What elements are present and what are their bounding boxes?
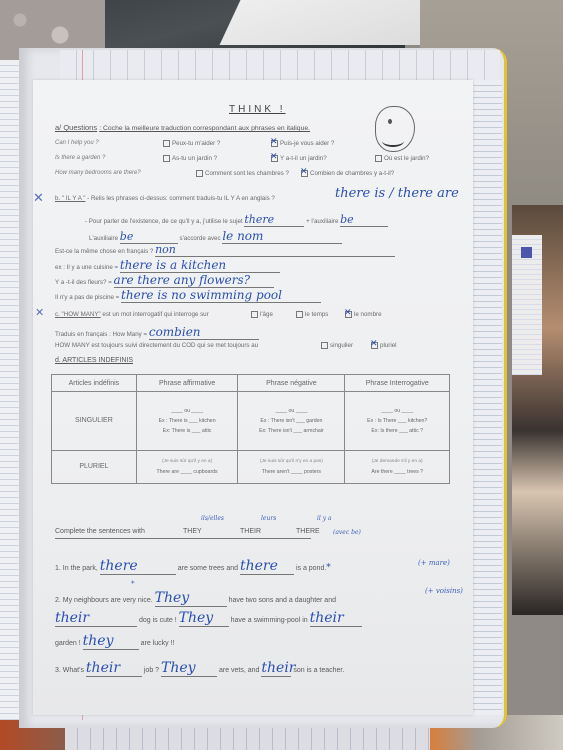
cell-line: ____ ou ____: [239, 406, 343, 416]
section-d-label: d. ARTICLES INDEFINIS: [55, 357, 133, 364]
section-b-label: b. " IL Y A ": [55, 195, 85, 202]
answer-field[interactable]: there is a kitchen: [120, 258, 280, 273]
sentence-text: son is a teacher.: [293, 667, 344, 674]
checkbox[interactable]: [296, 311, 303, 318]
option-label: l'âge: [260, 311, 273, 318]
option-3b[interactable]: Combien de chambres y a-t-il?: [301, 170, 394, 177]
example-prompt: Il n'y a pas de piscine =: [55, 294, 119, 301]
table-header-row: Articles indéfinis Phrase affirmative Ph…: [52, 375, 450, 392]
cell-line: There aren't ____ posters: [239, 467, 343, 477]
question-2: Is there a garden ?: [55, 155, 105, 161]
notebook-grid-right: [472, 80, 502, 715]
handwritten-answer: their: [86, 660, 120, 676]
option-singulier[interactable]: singulier: [321, 342, 353, 349]
line-text: s'accorde avec: [180, 235, 221, 242]
handwritten-answer: their: [261, 660, 295, 676]
handwritten-answer: there is a kitchen: [120, 258, 226, 272]
cell-line: (Je suis sûr qu'il n'y en a pas): [239, 457, 343, 467]
option-label: Combien de chambres y a-t-il?: [310, 170, 394, 177]
option-label: le nombre: [354, 311, 382, 318]
checkbox[interactable]: [196, 170, 203, 177]
option-label: le temps: [305, 311, 328, 318]
handwritten-answer: their: [310, 610, 344, 626]
checkbox-checked[interactable]: [345, 311, 352, 318]
section-b-heading: b. " IL Y A " - Relis les phrases ci-des…: [55, 195, 275, 202]
word-their: THEIR: [240, 528, 261, 535]
sentence-text: 1. In the park,: [55, 565, 98, 572]
auxiliary-line: L'auxiliaire be s'accorde avec le nom: [89, 229, 342, 244]
answer-field[interactable]: their: [55, 610, 137, 627]
cell-line: Are there ____ trees ?: [346, 467, 448, 477]
header-affirmative: Phrase affirmative: [136, 375, 238, 392]
handwritten-answer: be: [120, 230, 134, 243]
sentence-2-line-2: their dog is cute ! They have a swimming…: [55, 610, 362, 627]
sentence-3: 3. What's their job ? They are vets, and…: [55, 660, 344, 677]
handwritten-answer: They: [155, 590, 190, 606]
table-cell: ____ ou ____Ex : There is ___ kitchenEx:…: [136, 392, 238, 451]
answer-field[interactable]: They: [161, 660, 217, 677]
row-label: PLURIEL: [52, 451, 137, 484]
handwritten-answer: their: [55, 610, 89, 626]
table-cell: (Je demande s'il y en a)Are there ____ t…: [345, 451, 450, 484]
sentence-text: 3. What's: [55, 667, 84, 674]
table-cell: (Je suis sûr qu'il n'y en a pas)There ar…: [238, 451, 345, 484]
section-a-label: a/ Questions: [55, 123, 97, 132]
margin-cross-mark: ✕: [33, 190, 44, 206]
checkbox[interactable]: [251, 311, 258, 318]
answer-field[interactable]: there: [244, 213, 304, 227]
answer-il-y-a[interactable]: there is / there are: [335, 186, 459, 201]
cell-line: (Je suis sûr qu'il y en a): [138, 457, 237, 467]
side-note-voisins: (+ voisins): [425, 587, 463, 595]
cell-line: ____ ou ____: [346, 406, 448, 416]
question-1: Can I help you ?: [55, 140, 99, 146]
sentence-text: garden !: [55, 640, 81, 647]
background-white-object: [220, 0, 451, 45]
sentence-2-line-3: garden ! they are lucky !!: [55, 633, 174, 650]
note-their: leurs: [261, 515, 276, 522]
table-cell: (Je suis sûr qu'il y en a)There are ____…: [136, 451, 238, 484]
table-row-singulier: SINGULIER ____ ou ____Ex : There is ___ …: [52, 392, 450, 451]
translate-line: Traduis en français : How Many = combien: [55, 325, 259, 340]
sentence-text: are vets, and: [219, 667, 259, 674]
worksheet-title: THINK !: [229, 104, 286, 115]
checkbox-checked[interactable]: [301, 170, 308, 177]
option-label: pluriel: [380, 342, 397, 349]
answer-field[interactable]: they: [83, 633, 139, 650]
handwritten-answer: combien: [149, 325, 201, 339]
row-label: SINGULIER: [52, 392, 137, 451]
checkbox[interactable]: [163, 155, 170, 162]
cell-line: Ex: Is there ___ attic ?: [346, 426, 448, 436]
section-c-prompt: est un mot interrogatif qui interroge su…: [102, 311, 208, 318]
question-3: How many bedrooms are there?: [55, 170, 141, 176]
checkbox-checked[interactable]: [271, 155, 278, 162]
example-2: Y a -t-il des fleurs? = are there any fl…: [55, 273, 274, 288]
cell-line: Ex: There isn't ___ armchair: [239, 426, 343, 436]
handwritten-answer: They: [161, 660, 196, 676]
handwritten-answer: le nom: [222, 229, 263, 243]
checkbox[interactable]: [163, 140, 170, 147]
option-3a[interactable]: Comment sont les chambres ?: [196, 170, 289, 177]
note-there: il y a: [317, 515, 332, 522]
cell-line: Ex : There isn't ___ garden: [239, 416, 343, 426]
section-c-label: c. "HOW MANY": [55, 311, 101, 318]
answer-field[interactable]: combien: [149, 325, 259, 340]
sentence-text: job ?: [144, 667, 159, 674]
leaflet-logo-icon: [521, 247, 532, 258]
answer-field[interactable]: They: [179, 610, 229, 627]
example-3: Il n'y a pas de piscine = there is no sw…: [55, 288, 321, 303]
answer-field[interactable]: non: [155, 243, 395, 257]
articles-table: Articles indéfinis Phrase affirmative Ph…: [51, 374, 450, 484]
side-note-mare: (+ mare): [418, 559, 450, 567]
handwritten-answer: they: [83, 633, 114, 649]
answer-field[interactable]: their: [86, 660, 142, 677]
handwritten-answer: there is no swimming pool: [121, 288, 282, 302]
sentence-text: are some trees and: [178, 565, 238, 572]
example-prompt: ex : Il y a une cuisine =: [55, 264, 118, 271]
sentence-text: is a pond.: [296, 565, 326, 572]
line-text: Traduis en français : How Many =: [55, 331, 147, 338]
handwritten-answer: are there any flowers?: [114, 273, 251, 287]
section-a-instruction: : Coche la meilleure traduction correspo…: [99, 125, 310, 132]
header-articles: Articles indéfinis: [52, 375, 137, 392]
sentence-text: have a swimming-pool in: [231, 617, 308, 624]
option-nombre[interactable]: le nombre: [345, 311, 382, 318]
sentence-2-line-1: 2. My neighbours are very nice. They hav…: [55, 590, 336, 607]
answer-field[interactable]: there: [240, 558, 294, 575]
answer-field[interactable]: are there any flowers?: [114, 273, 274, 288]
line-text: - Pour parler de l'existence, de ce qu'i…: [85, 218, 243, 225]
checkbox-checked[interactable]: [271, 140, 278, 147]
notebook-grid-top: [60, 50, 500, 80]
cell-line: Ex: There is ___ attic: [138, 426, 237, 436]
handwritten-answer: non: [155, 243, 176, 256]
cell-line: Ex : Is There ___ kitchen?: [346, 416, 448, 426]
cell-line: (Je demande s'il y en a): [346, 457, 448, 467]
answer-field[interactable]: They: [155, 590, 227, 607]
existence-line: - Pour parler de l'existence, de ce qu'i…: [85, 213, 388, 227]
cell-line: Ex : There is ___ kitchen: [138, 416, 237, 426]
section-c-heading: c. "HOW MANY" est un mot interrogatif qu…: [55, 311, 209, 318]
answer-field[interactable]: le nom: [222, 229, 342, 244]
option-label: Y a-t-il un jardin?: [280, 155, 327, 162]
option-label: Puis-je vous aider ?: [280, 140, 334, 147]
note-they: ils/elles: [201, 515, 224, 522]
checkbox[interactable]: [375, 155, 382, 162]
section-a-heading: a/ Questions : Coche la meilleure traduc…: [55, 123, 310, 132]
option-temps[interactable]: le temps: [296, 311, 328, 318]
exercise-instruction: Complete the sentences with: [55, 528, 145, 535]
sentence-text: dog is cute !: [139, 617, 177, 624]
checkbox-checked[interactable]: [371, 342, 378, 349]
table-cell: ____ ou ____Ex : Is There ___ kitchen?Ex…: [345, 392, 450, 451]
doodle-face-icon: [375, 106, 415, 152]
word-they: THEY: [183, 528, 202, 535]
same-in-french-line: Est-ce la même chose en français ? non: [55, 243, 395, 257]
line-text: L'auxiliaire: [89, 235, 118, 242]
example-prompt: Y a -t-il des fleurs? =: [55, 279, 112, 286]
worksheet: THINK ! a/ Questions : Coche la meilleur…: [33, 80, 473, 715]
asterisk-mark: *: [326, 563, 331, 573]
option-label: singulier: [330, 342, 353, 349]
cell-line: There are ____ cupboards: [138, 467, 237, 477]
option-1b[interactable]: Puis-je vous aider ?: [271, 140, 334, 147]
cell-line: ____ ou ____: [138, 406, 237, 416]
asterisk-mark: *: [131, 580, 135, 588]
handwritten-answer: there: [100, 558, 138, 574]
checkbox[interactable]: [321, 342, 328, 349]
sentence-1: 1. In the park, there are some trees and…: [55, 558, 331, 575]
sentence-text: 2. My neighbours are very nice.: [55, 597, 153, 604]
option-age[interactable]: l'âge: [251, 311, 273, 318]
answer-field[interactable]: be: [340, 213, 388, 227]
handwritten-answer: there: [244, 213, 274, 226]
header-interrogative: Phrase Interrogative: [345, 375, 450, 392]
option-label: Où est le jardin?: [384, 155, 429, 162]
notebook-left-page: [0, 60, 20, 720]
handwritten-answer: there: [240, 558, 278, 574]
handwritten-answer: be: [340, 213, 354, 226]
table-cell: ____ ou ____Ex : There isn't ___ gardenE…: [238, 392, 345, 451]
option-1a[interactable]: Peux-tu m'aider ?: [163, 140, 220, 147]
handwritten-answer: They: [179, 610, 214, 626]
table-row-pluriel: PLURIEL (Je suis sûr qu'il y en a)There …: [52, 451, 450, 484]
option-2a[interactable]: As-tu un jardin ?: [163, 155, 217, 162]
word-there: THERE: [296, 528, 320, 535]
option-label: Comment sont les chambres ?: [205, 170, 289, 177]
section-d-heading: d. ARTICLES INDEFINIS: [55, 357, 133, 364]
line-text: Est-ce la même chose en français ?: [55, 248, 153, 255]
answer-field[interactable]: be: [120, 230, 178, 244]
line-text: + l'auxiliaire: [306, 218, 338, 225]
option-pluriel[interactable]: pluriel: [371, 342, 397, 349]
answer-field[interactable]: their: [261, 660, 291, 677]
answer-field[interactable]: their: [310, 610, 362, 627]
example-1: ex : Il y a une cuisine = there is a kit…: [55, 258, 280, 273]
option-label: Peux-tu m'aider ?: [172, 140, 220, 147]
option-2c[interactable]: Où est le jardin?: [375, 155, 429, 162]
answer-field[interactable]: there is no swimming pool: [121, 288, 321, 303]
cod-line: HOW MANY est toujours suivi directement …: [55, 342, 258, 349]
sentence-text: are lucky !!: [141, 640, 175, 647]
note-avec-be: (avec be): [333, 529, 361, 536]
margin-cross-mark: ✕: [35, 306, 44, 319]
sentence-text: have two sons and a daughter and: [229, 597, 336, 604]
option-label: As-tu un jardin ?: [172, 155, 217, 162]
header-negative: Phrase négative: [238, 375, 345, 392]
answer-field[interactable]: there: [100, 558, 176, 575]
section-b-prompt: - Relis les phrases ci-dessus: comment t…: [87, 195, 275, 202]
option-2b[interactable]: Y a-t-il un jardin?: [271, 155, 327, 162]
